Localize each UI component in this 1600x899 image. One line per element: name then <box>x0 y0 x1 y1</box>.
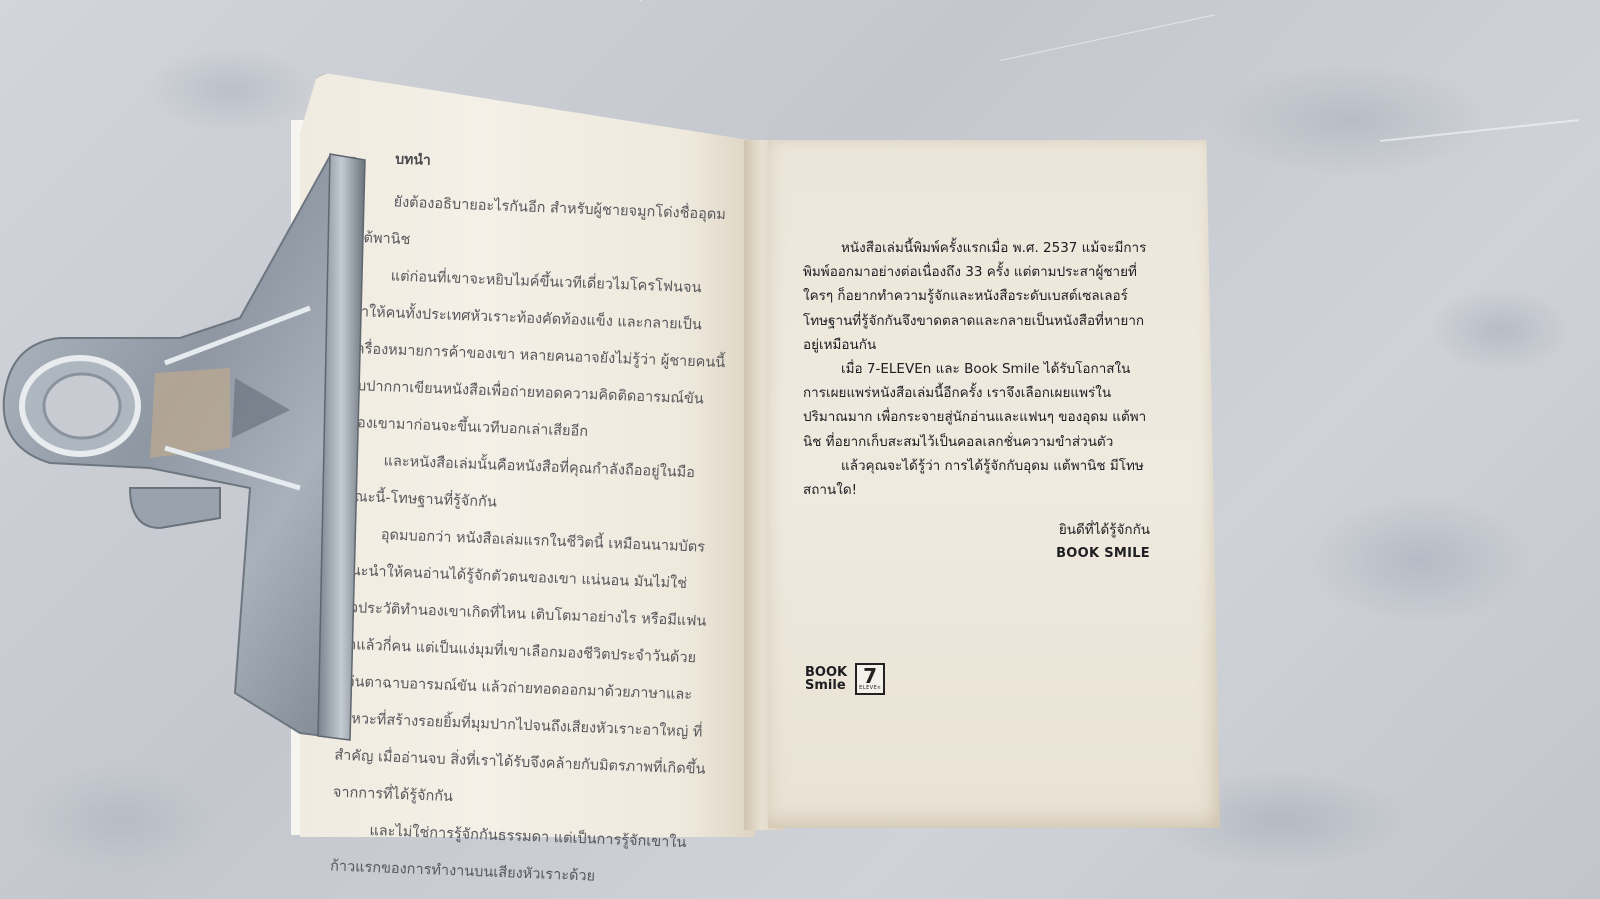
publisher-logo: BOOK Smile 7 ELEVEn <box>805 663 885 695</box>
paragraph: หนังสือเล่มนี้พิมพ์ครั้งแรกเมื่อ พ.ศ. 25… <box>803 236 1153 357</box>
book-smile-logo: BOOK Smile <box>805 666 847 692</box>
logo-line2: Smile <box>805 679 847 692</box>
logo-seven: 7 <box>863 667 877 685</box>
paragraph: แล้วคุณจะได้รู้ว่า การได้รู้จักกับอุดม แ… <box>803 454 1153 502</box>
bulldog-clip-icon <box>0 148 380 748</box>
seven-eleven-logo-icon: 7 ELEVEn <box>855 663 885 695</box>
signoff-block: ยินดีที่ได้รู้จักกัน BOOK SMILE <box>980 518 1150 561</box>
paragraph: และไม่ใช่การรู้จักกันธรรมดา แต่เป็นการรู… <box>329 812 712 899</box>
paragraph: อุดมบอกว่า หนังสือเล่มแรกในชีวิตนี้ เหมื… <box>332 516 723 826</box>
paragraph: เมื่อ 7-ELEVEn และ Book Smile ได้รับโอกา… <box>803 357 1153 454</box>
logo-eleven: ELEVEn <box>859 685 881 691</box>
right-page-text: หนังสือเล่มนี้พิมพ์ครั้งแรกเมื่อ พ.ศ. 25… <box>803 236 1153 502</box>
paragraph: แต่ก่อนที่เขาจะหยิบไมค์ขึ้นเวทีเดี่ยวไมโ… <box>346 257 733 456</box>
signature: BOOK SMILE <box>980 546 1150 561</box>
left-page-text: บทนำ ยังต้องอธิบายอะไรกันอีก สำหรับผู้ชา… <box>329 140 737 899</box>
signoff-text: ยินดีที่ได้รู้จักกัน <box>980 518 1150 540</box>
